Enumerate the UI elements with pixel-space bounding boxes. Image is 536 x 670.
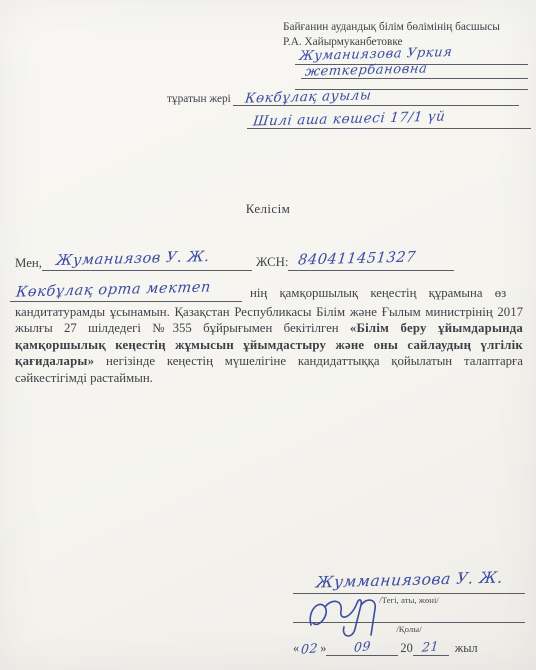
- date-year-handwritten: 21: [422, 638, 440, 655]
- men-label: Мен,: [15, 256, 42, 271]
- document-page: Байғанин аудандық білім бөлімінің басшыс…: [0, 0, 536, 670]
- declarant-row: Мен, Жуманиязов У. Ж. ЖСН: 840411451327: [15, 251, 467, 271]
- school-name-handwritten: Көкбұлақ орта мектеп: [15, 279, 212, 300]
- residence-row: тұратын жері Көкбұлақ ауылы: [167, 88, 519, 106]
- recipient-line-1: Байғанин аудандық білім бөлімінің басшыс…: [283, 20, 528, 35]
- residence-label: тұратын жері: [167, 93, 231, 106]
- date-month-handwritten: 09: [353, 638, 371, 655]
- document-title: Келісім: [0, 201, 536, 217]
- residence-fill-line-1: Көкбұлақ ауылы: [233, 88, 519, 106]
- date-open-quote: «: [293, 641, 299, 656]
- school-row: Көкбұлақ орта мектеп нің қамқоршылық кең…: [10, 281, 524, 302]
- declarant-name-handwritten: Жуманиязов У. Ж.: [55, 249, 211, 269]
- signature-name-line: Жумманиязова У. Ж.: [293, 567, 525, 594]
- declarant-name-fill-line: Жуманиязов У. Ж.: [42, 251, 252, 271]
- signature-block: Жумманиязова У. Ж. /Тегі, аты, жөні/ /Қо…: [293, 567, 525, 656]
- residence-row-2: Шилі аша көшесі 17/1 үй: [247, 110, 531, 129]
- date-day-handwritten: 02: [301, 640, 319, 657]
- applicant-name-handwritten-2: жеткербановна: [304, 62, 428, 80]
- residence-fill-line-2: Шилі аша көшесі 17/1 үй: [247, 110, 531, 129]
- residence-handwritten-1: Көкбұлақ ауылы: [244, 87, 372, 106]
- applicant-name-line-2: жеткербановна: [301, 65, 528, 79]
- date-month-fill-line: 09: [326, 639, 398, 656]
- consent-paragraph: кандитатурамды ұсынамын. Қазақстан Респу…: [15, 304, 523, 386]
- jsn-label: ЖСН:: [256, 255, 288, 271]
- date-year-fill-line: 21: [413, 639, 449, 656]
- signature-name-handwritten: Жумманиязова У. Ж.: [315, 569, 504, 592]
- jsn-value-handwritten: 840411451327: [298, 249, 418, 268]
- date-century: 20: [400, 641, 412, 656]
- recipient-block: Байғанин аудандық білім бөлімінің басшыс…: [283, 20, 528, 90]
- date-year-suffix: жыл: [455, 641, 478, 656]
- date-row: « 02 » 09 20 21 жыл: [293, 639, 525, 656]
- school-fill-line: Көкбұлақ орта мектеп: [10, 281, 242, 302]
- school-suffix-text: нің қамқоршылық кеңестің құрамына өз: [250, 286, 506, 302]
- handwritten-signature-stroke: [305, 595, 397, 639]
- jsn-fill-line: 840411451327: [288, 251, 454, 271]
- residence-handwritten-2: Шилі аша көшесі 17/1 үй: [252, 108, 446, 129]
